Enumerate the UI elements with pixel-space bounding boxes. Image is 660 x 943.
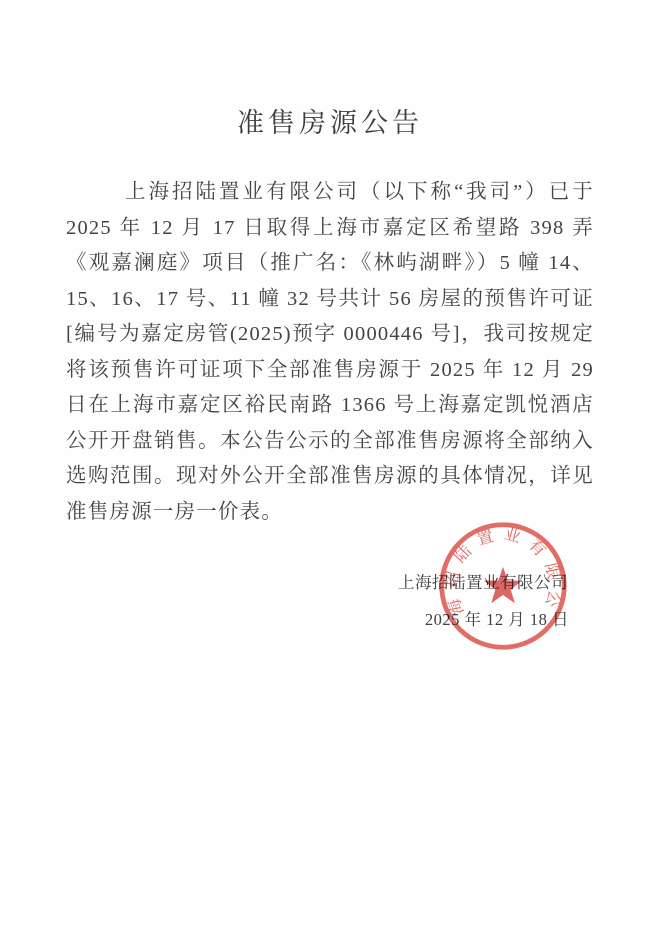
signature-company-name: 上海招陆置业有限公司 (398, 569, 568, 593)
signature-date: 2025 年 12 月 18 日 (425, 606, 569, 630)
announcement-document-page: 准售房源公告 上海招陆置业有限公司（以下称“我司”）已于 2025 年 12 月… (0, 0, 660, 943)
announcement-paragraph: 上海招陆置业有限公司（以下称“我司”）已于 2025 年 12 月 17 日取得… (66, 175, 594, 530)
page-title: 准售房源公告 (0, 101, 660, 140)
